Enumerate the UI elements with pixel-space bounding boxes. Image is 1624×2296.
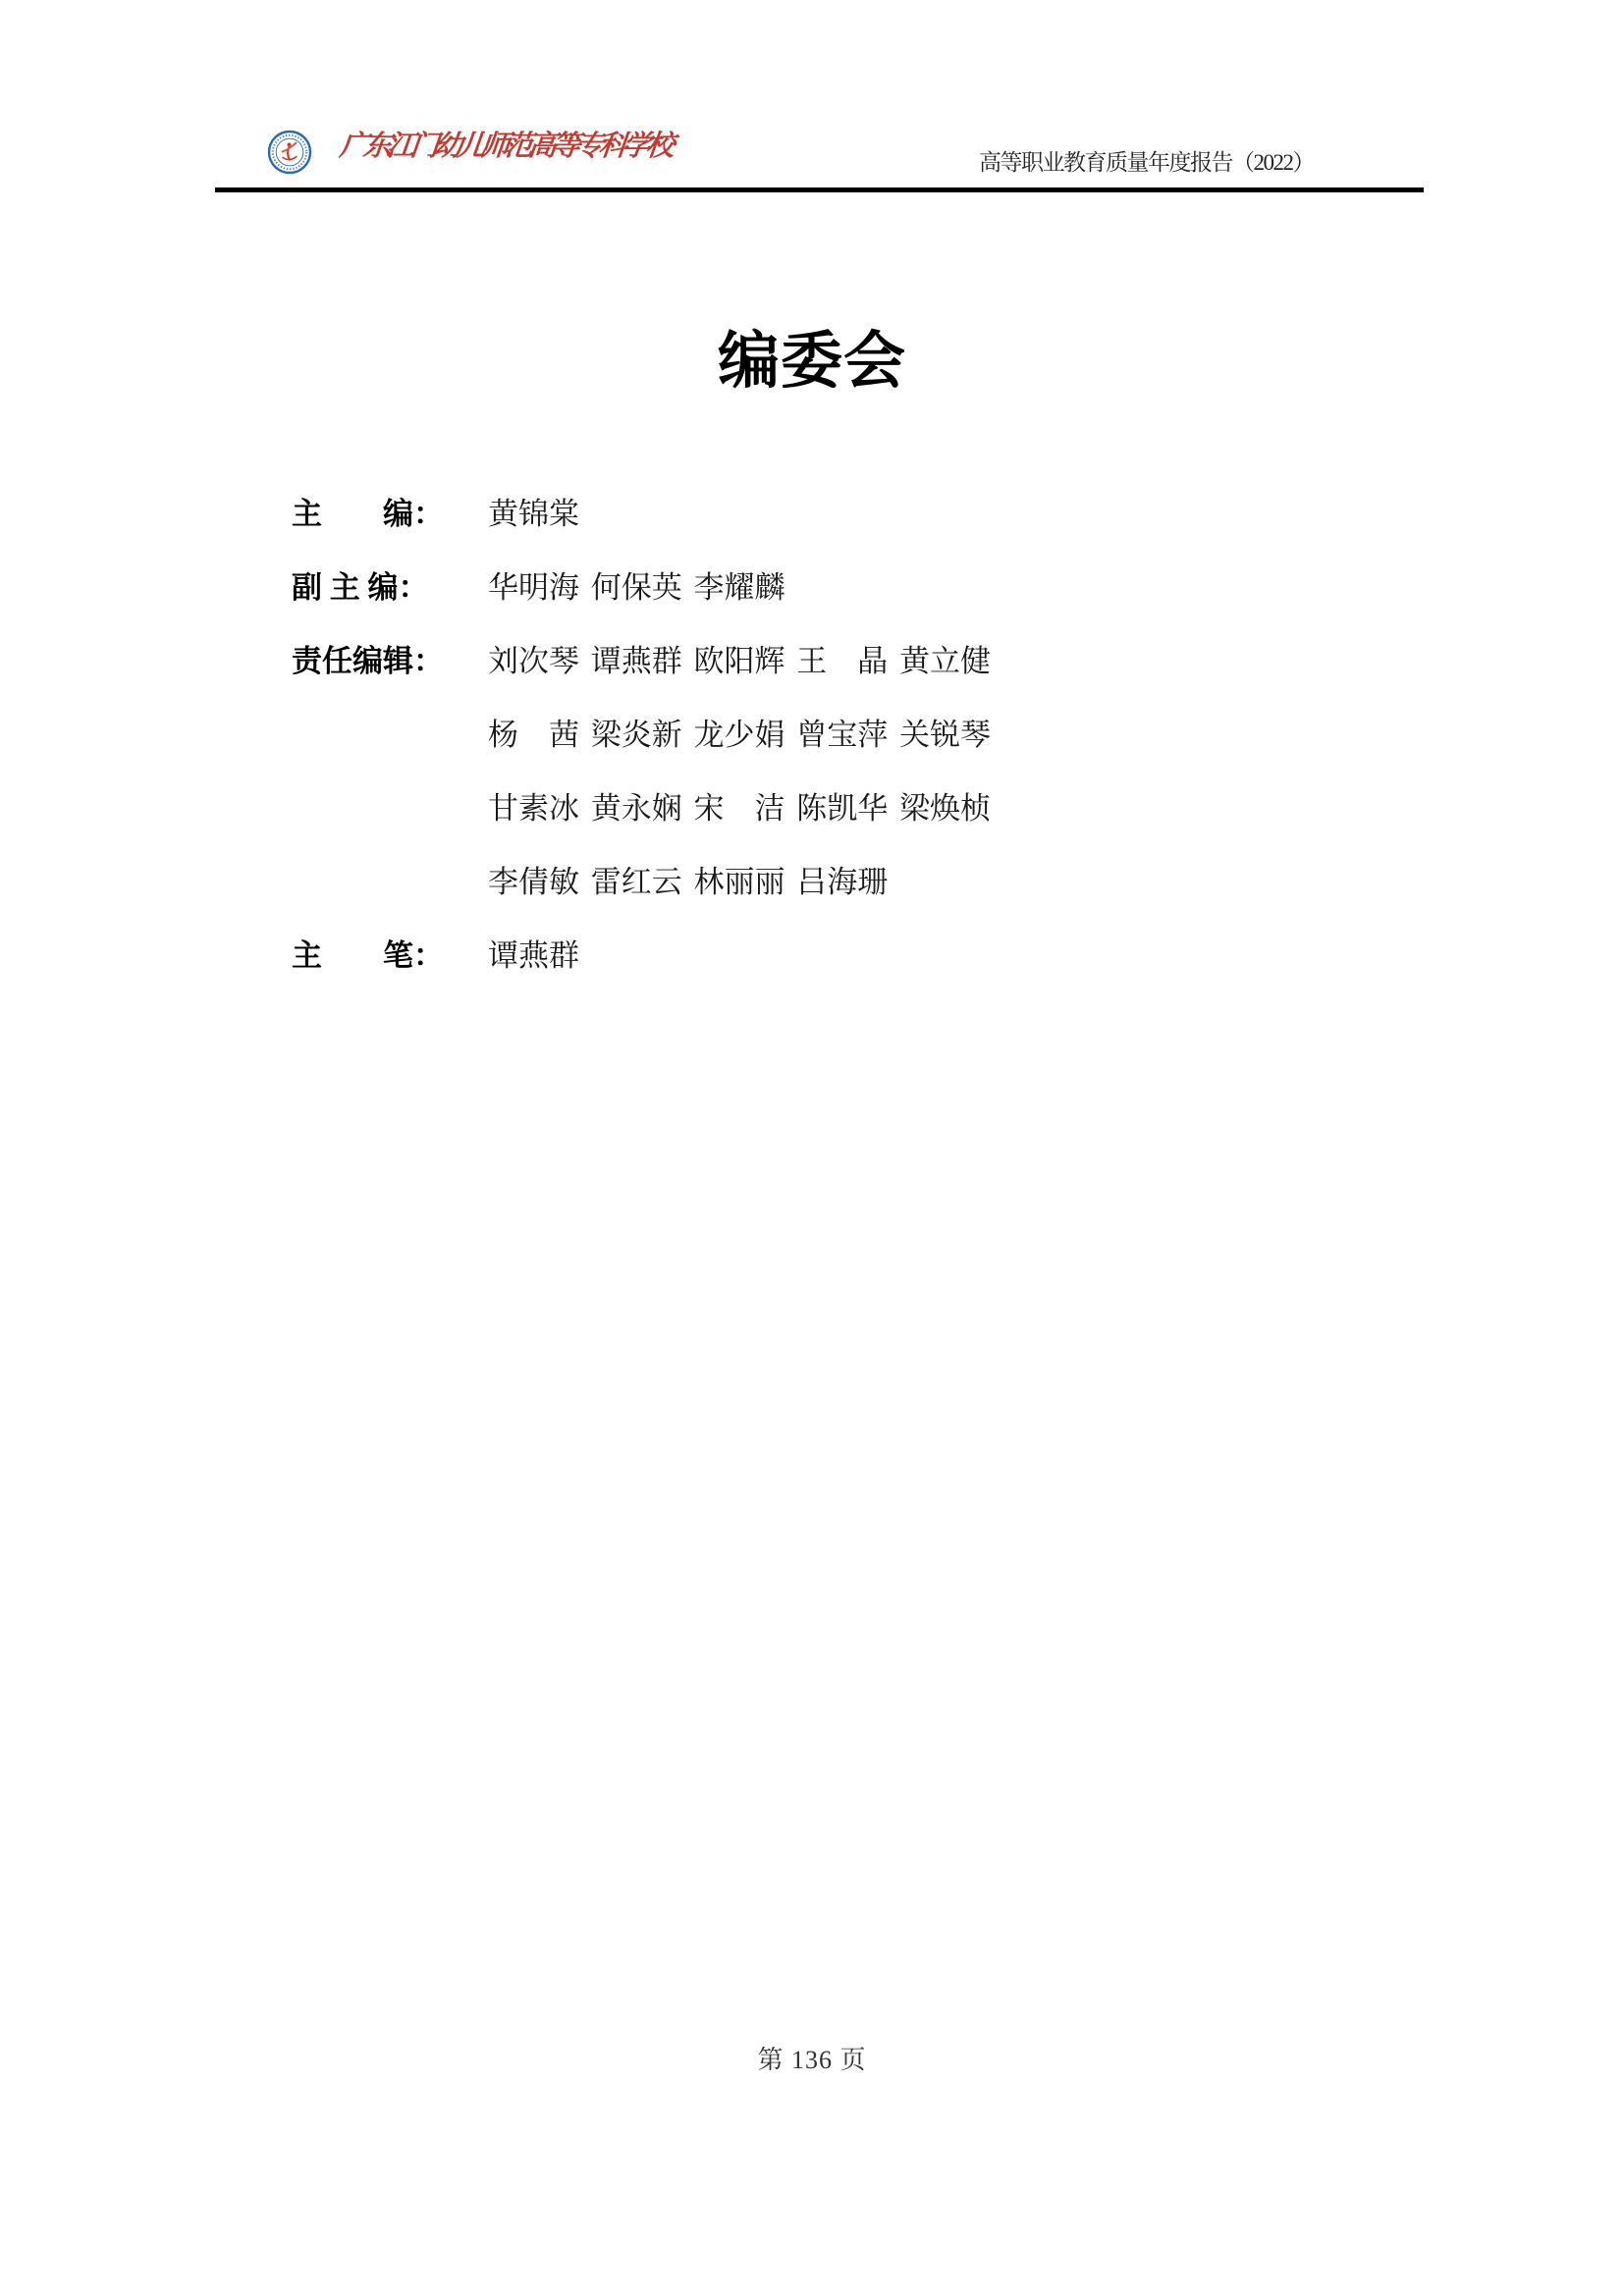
- committee-row-chief-editor: 主 编： 黄锦棠: [292, 474, 1477, 548]
- committee-names: 黄锦棠: [488, 489, 579, 533]
- page-title: 编委会: [0, 324, 1624, 399]
- committee-names: 谭燕群: [488, 931, 579, 975]
- committee-row-managing-editors-3: 甘素冰 黄永娴 宋 洁 陈凯华 梁焕桢: [292, 769, 1477, 842]
- school-name-calligraphy: 广东江门幼儿师范高等专科学校: [338, 131, 671, 162]
- committee-names: 甘素冰 黄永娴 宋 洁 陈凯华 梁焕桢: [488, 783, 991, 828]
- committee-role-label: 主 编：: [292, 489, 444, 533]
- committee-row-deputy-editors: 副 主 编： 华明海 何保英 李耀麟: [292, 548, 1477, 621]
- document-page: 广东江门幼儿师范高等专科学校 高等职业教育质量年度报告（2022） 编委会 主 …: [0, 0, 1624, 2296]
- committee-role-label: 责任编辑：: [292, 636, 444, 680]
- committee-names: 华明海 何保英 李耀麟: [488, 562, 785, 607]
- committee-row-lead-writer: 主 笔： 谭燕群: [292, 916, 1477, 989]
- header-rule: [215, 187, 1424, 192]
- school-emblem-icon: [267, 130, 312, 175]
- committee-role-label: 主 笔：: [292, 931, 444, 975]
- committee-names: 刘次琴 谭燕群 欧阳辉 王 晶 黄立健: [488, 636, 991, 680]
- committee-names: 杨 茜 梁炎新 龙少娟 曾宝萍 关锐琴: [488, 710, 991, 754]
- committee-row-managing-editors-2: 杨 茜 梁炎新 龙少娟 曾宝萍 关锐琴: [292, 695, 1477, 769]
- committee-names: 李倩敏 雷红云 林丽丽 吕海珊: [488, 857, 888, 901]
- report-title: 高等职业教育质量年度报告（2022）: [979, 148, 1314, 178]
- committee-list: 主 编： 黄锦棠 副 主 编： 华明海 何保英 李耀麟 责任编辑： 刘次琴 谭燕…: [292, 474, 1477, 989]
- committee-row-managing-editors-1: 责任编辑： 刘次琴 谭燕群 欧阳辉 王 晶 黄立健: [292, 621, 1477, 695]
- page-number: 第 136 页: [0, 2040, 1624, 2076]
- committee-row-managing-editors-4: 李倩敏 雷红云 林丽丽 吕海珊: [292, 842, 1477, 916]
- committee-role-label: 副 主 编：: [292, 562, 444, 607]
